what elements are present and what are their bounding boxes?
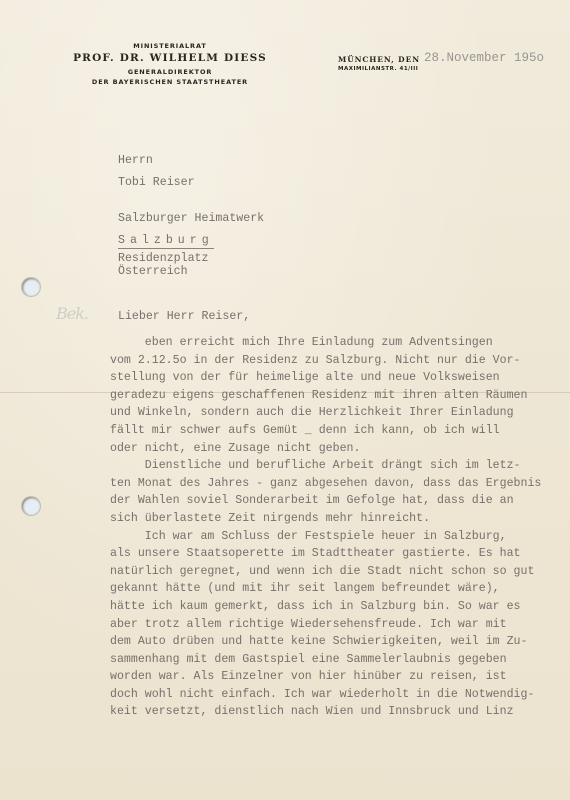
body-line: aber trotz allem richtige Wiedersehensfr…: [110, 616, 541, 634]
body-line: als unsere Staatsoperette im Stadttheate…: [110, 545, 541, 563]
letter-page: MINISTERIALRAT PROF. DR. WILHELM DIESS G…: [0, 0, 570, 800]
body-line: dem Auto drüben und hatte keine Schwieri…: [110, 633, 541, 651]
letterhead-address: MAXIMILIANSTR. 41/III: [338, 66, 418, 72]
body-line: ten Monat des Jahres - ganz abgesehen da…: [110, 475, 541, 493]
recipient-city-text: Salzburg: [118, 234, 214, 249]
letterhead-city: MÜNCHEN, DEN: [338, 55, 420, 64]
body-line: natürlich geregnet, und wenn ich die Sta…: [110, 563, 541, 581]
body-line: keit versetzt, dienstlich nach Wien und …: [110, 703, 541, 721]
punch-hole-lower: [22, 497, 40, 515]
recipient-salutation: Herrn: [118, 152, 153, 170]
recipient-name: Tobi Reiser: [118, 174, 195, 192]
body-line: sich überlastete Zeit nirgends mehr hinr…: [110, 510, 541, 528]
body-line: geradezu eigens geschaffenen Residenz mi…: [110, 387, 541, 405]
body-line: der Wahlen soviel Sonderarbeit im Gefolg…: [110, 492, 541, 510]
letterhead-position: GENERALDIREKTOR: [40, 68, 300, 76]
body-line: und Winkeln, sondern auch die Herzlichke…: [110, 404, 541, 422]
body-line: doch wohl nicht einfach. Ich war wiederh…: [110, 686, 541, 704]
recipient-street: Residenzplatz: [118, 252, 208, 265]
recipient-organization: Salzburger Heimatwerk: [118, 210, 264, 228]
letter-greeting: Lieber Herr Reiser,: [118, 308, 250, 326]
body-line: sammenhang mit dem Gastspiel eine Sammel…: [110, 651, 541, 669]
letter-date: 28.November 195o: [424, 50, 544, 68]
body-line: vom 2.12.5o in der Residenz zu Salzburg.…: [110, 352, 541, 370]
body-line: fällt mir schwer aufs Gemüt _ denn ich k…: [110, 422, 541, 440]
body-line: eben erreicht mich Ihre Einladung zum Ad…: [110, 334, 541, 352]
recipient-city: Salzburg: [118, 232, 214, 250]
body-line: oder nicht, eine Zusage nicht geben.: [110, 440, 541, 458]
body-line: worden war. Als Einzelner von hier hinüb…: [110, 668, 541, 686]
recipient-country: Österreich: [118, 265, 188, 278]
pencil-margin-note: Bek.: [56, 304, 88, 323]
letterhead-name: PROF. DR. WILHELM DIESS: [40, 52, 300, 64]
body-line: Dienstliche und berufliche Arbeit drängt…: [110, 457, 541, 475]
letterhead-title: MINISTERIALRAT: [40, 42, 300, 50]
body-line: Ich war am Schluss der Festspiele heuer …: [110, 528, 541, 546]
body-line: gekannt hätte (und mit ihr seit langem b…: [110, 580, 541, 598]
body-line: stellung von der für heimelige alte und …: [110, 369, 541, 387]
letter-body: eben erreicht mich Ihre Einladung zum Ad…: [110, 334, 541, 721]
punch-hole-upper: [22, 278, 40, 296]
body-line: hätte ich kaum gemerkt, dass ich in Salz…: [110, 598, 541, 616]
letterhead-institution: DER BAYERISCHEN STAATSTHEATER: [40, 78, 300, 86]
